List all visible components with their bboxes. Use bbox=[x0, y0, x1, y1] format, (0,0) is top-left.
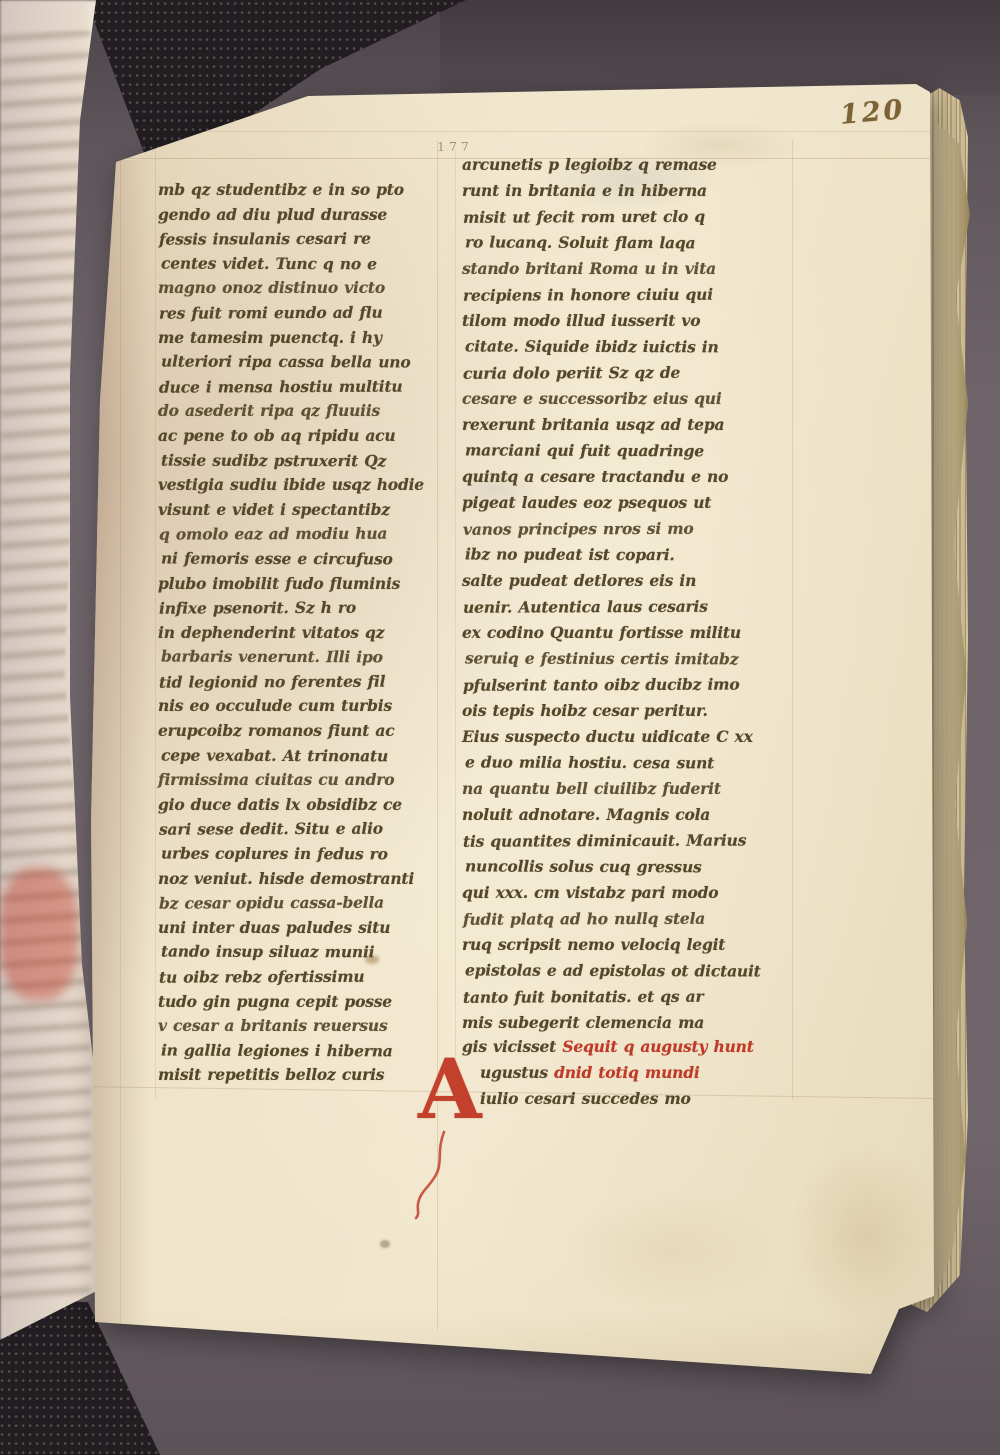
parchment-stain bbox=[790, 1140, 940, 1330]
manuscript-text-line: noz veniut. hisde demostranti bbox=[158, 867, 440, 892]
manuscript-text-line: me tamesim puenctq. i hy bbox=[158, 326, 440, 351]
manuscript-text-line: urbes coplures in fedus ro bbox=[161, 842, 443, 868]
manuscript-text-line: qui xxx. cm vistabz pari modo bbox=[462, 880, 798, 906]
gutter-shadow bbox=[91, 160, 151, 1325]
decorated-initial-A: A bbox=[418, 1058, 470, 1132]
text-column-right: arcunetis p legioibz q remaserunt in bri… bbox=[462, 152, 798, 1036]
manuscript-text-line: quintq a cesare tractandu e no bbox=[462, 464, 798, 490]
manuscript-text-line: uenir. Autentica laus cesaris bbox=[463, 593, 799, 620]
manuscript-text-line: vanos principes nros si mo bbox=[463, 515, 799, 542]
manuscript-text-line: recipiens in honore ciuiu qui bbox=[463, 281, 799, 308]
ink-spot bbox=[380, 1240, 390, 1248]
manuscript-text-line: curia dolo periit Sz qz de bbox=[463, 359, 799, 386]
manuscript-text-line: citate. Siquide ibidz iuictis in bbox=[465, 333, 801, 360]
manuscript-text-line: in dephenderint vitatos qz bbox=[158, 621, 440, 646]
augustus-brown-text: ugustus bbox=[480, 1063, 548, 1082]
manuscript-text-line: magno onoz distinuo victo bbox=[158, 276, 440, 301]
initial-pen-flourish bbox=[410, 1130, 456, 1220]
manuscript-text-line: q omolo eaz ad modiu hua bbox=[159, 522, 441, 548]
manuscript-text-line: na quantu bell ciuilibz fuderit bbox=[462, 776, 798, 802]
manuscript-text-line: in gallia legiones i hiberna bbox=[161, 1038, 443, 1064]
manuscript-text-line: fudit platq ad ho nullq stela bbox=[463, 905, 799, 932]
manuscript-text-line: tudo gin pugna cepit posse bbox=[158, 990, 440, 1015]
manuscript-page: 120 177 mb qz studentibz e in so ptogend… bbox=[0, 0, 1000, 1455]
manuscript-text-line: uni inter duas paludes situ bbox=[158, 916, 440, 941]
manuscript-text-line: tissie sudibz pstruxerit Qz bbox=[161, 448, 443, 474]
manuscript-text-line: arcunetis p legioibz q remase bbox=[462, 152, 798, 178]
parchment-stain bbox=[560, 1190, 780, 1310]
manuscript-text-line: tu oibz rebz ofertissimu bbox=[159, 964, 441, 990]
manuscript-text-line: fessis insulanis cesari re bbox=[159, 227, 441, 253]
manuscript-text-line: plubo imobilit fudo fluminis bbox=[158, 572, 440, 597]
manuscript-text-line: tis quantites diminicauit. Marius bbox=[463, 827, 799, 854]
folio-number: 120 bbox=[839, 94, 907, 131]
manuscript-text-line: visunt e videt i spectantibz bbox=[158, 498, 440, 523]
manuscript-text-line: noluit adnotare. Magnis cola bbox=[462, 802, 798, 828]
manuscript-text-line: cepe vexabat. At trinonatu bbox=[161, 743, 443, 769]
rubric-heading: Sequit q augusty hunt bbox=[562, 1037, 753, 1056]
manuscript-text-line: stando britani Roma u in vita bbox=[462, 256, 798, 282]
manuscript-text-line: seruiq e festinius certis imitabz bbox=[465, 645, 801, 672]
manuscript-text-line: ibz no pudeat ist copari. bbox=[465, 541, 801, 568]
manuscript-text-line: gio duce datis lx obsidibz ce bbox=[158, 793, 440, 818]
manuscript-photo: 120 177 mb qz studentibz e in so ptogend… bbox=[0, 0, 1000, 1455]
manuscript-text-line: ulteriori ripa cassa bella uno bbox=[161, 350, 443, 376]
manuscript-text-line: ex codino Quantu fortisse militu bbox=[462, 620, 798, 646]
manuscript-text-line: salte pudeat detlores eis in bbox=[462, 568, 798, 594]
manuscript-text-line: mb qz studentibz e in so pto bbox=[158, 178, 440, 203]
manuscript-text-line: runt in britania e in hiberna bbox=[462, 178, 798, 204]
final-text-line: iulio cesari succedes mo bbox=[480, 1086, 802, 1112]
manuscript-text-line: v cesar a britanis reuersus bbox=[158, 1014, 440, 1039]
manuscript-text-line: mis subegerit clemencia ma bbox=[462, 1010, 798, 1036]
manuscript-text-line: Eius suspecto ductu uidicate C xx bbox=[462, 724, 798, 750]
manuscript-text-line: erupcoibz romanos fiunt ac bbox=[158, 719, 440, 744]
ruling-line bbox=[155, 150, 156, 1100]
manuscript-text-line: tid legionid no ferentes fil bbox=[159, 669, 441, 695]
augustus-red-text: dnid totiq mundi bbox=[554, 1063, 699, 1082]
manuscript-page-wrap: 120 177 mb qz studentibz e in so ptogend… bbox=[0, 0, 1000, 1455]
manuscript-text-line: marciani qui fuit quadringe bbox=[465, 437, 801, 464]
mixed-ink-line: gis vicisset Sequit q augusty hunt bbox=[462, 1034, 802, 1060]
manuscript-text-line: ois tepis hoibz cesar peritur. bbox=[462, 698, 798, 724]
manuscript-text-line: infixe psenorit. Sz h ro bbox=[159, 595, 441, 621]
manuscript-text-line: pfulserint tanto oibz ducibz imo bbox=[463, 671, 799, 698]
manuscript-text-line: vestigia sudiu ibide usqz hodie bbox=[158, 473, 440, 498]
manuscript-text-line: tanto fuit bonitatis. et qs ar bbox=[463, 983, 799, 1010]
manuscript-text-line: tilom modo illud iusserit vo bbox=[462, 308, 798, 334]
ruling-line bbox=[120, 150, 121, 1322]
manuscript-text-line: ac pene to ob aq ripidu acu bbox=[158, 424, 440, 449]
manuscript-text-line: nuncollis solus cuq gressus bbox=[465, 853, 801, 880]
manuscript-text-line: cesare e successoribz eius qui bbox=[462, 386, 798, 412]
manuscript-text-line: misit ut fecit rom uret clo q bbox=[463, 203, 799, 230]
manuscript-text-line: ni femoris esse e circufuso bbox=[161, 546, 443, 572]
ruling-line bbox=[108, 131, 936, 132]
manuscript-text-line: do asederit ripa qz fluuiis bbox=[158, 399, 440, 424]
manuscript-text-line: gendo ad diu plud durasse bbox=[158, 203, 440, 228]
augustus-line: ugustus dnid totiq mundi bbox=[480, 1060, 802, 1086]
manuscript-text-line: bz cesar opidu cassa-bella bbox=[159, 891, 441, 917]
manuscript-text-line: centes videt. Tunc q no e bbox=[161, 251, 443, 277]
manuscript-text-line: pigeat laudes eoz psequos ut bbox=[462, 490, 798, 516]
manuscript-text-line: misit repetitis belloz curis bbox=[158, 1063, 440, 1088]
rubric-section: gis vicisset Sequit q augusty hunt ugust… bbox=[462, 1034, 802, 1112]
manuscript-text-line: rexerunt britania usqz ad tepa bbox=[462, 412, 798, 438]
manuscript-text-line: sari sese dedit. Situ e alio bbox=[159, 817, 441, 843]
text-column-left: mb qz studentibz e in so ptogendo ad diu… bbox=[158, 178, 440, 1088]
manuscript-text-line: e duo milia hostiu. cesa sunt bbox=[465, 749, 801, 776]
ruling-line bbox=[455, 150, 456, 1095]
manuscript-text-line: nis eo occulude cum turbis bbox=[158, 694, 440, 719]
manuscript-text-line: epistolas e ad epistolas ot dictauit bbox=[465, 957, 801, 984]
manuscript-text-line: res fuit romi eundo ad flu bbox=[159, 300, 441, 326]
manuscript-text-line: duce i mensa hostiu multitu bbox=[159, 374, 441, 400]
manuscript-text-line: firmissima ciuitas cu andro bbox=[158, 768, 440, 793]
manuscript-text-line: ro lucanq. Soluit flam laqa bbox=[465, 229, 801, 256]
manuscript-text-line: tando insup siluaz munii bbox=[161, 940, 443, 966]
manuscript-text-line: ruq scripsit nemo velociq legit bbox=[462, 932, 798, 958]
manuscript-text-line: barbaris venerunt. Illi ipo bbox=[161, 645, 443, 671]
